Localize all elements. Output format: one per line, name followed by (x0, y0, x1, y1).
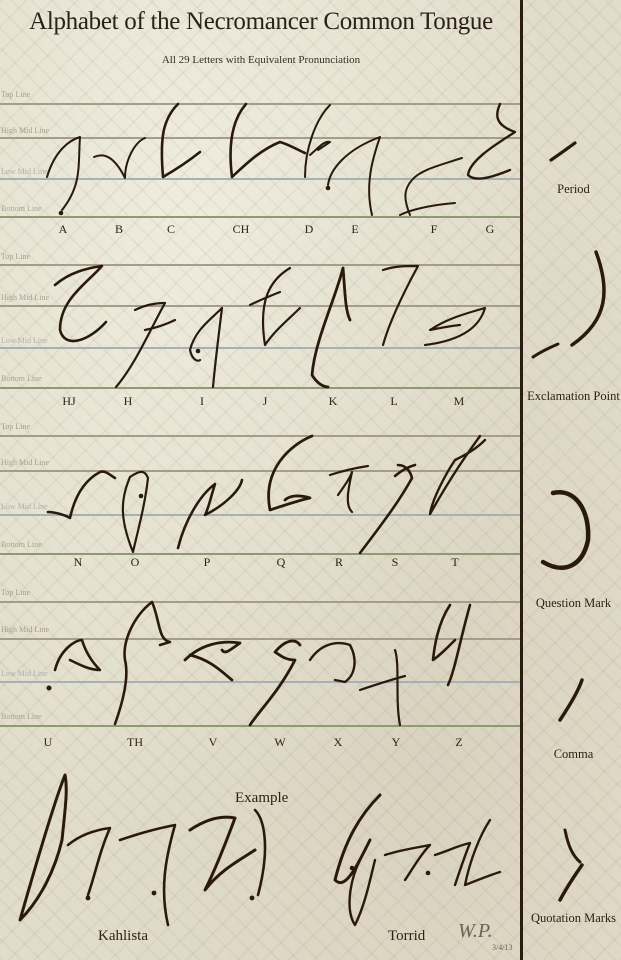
letter-label: C (167, 222, 175, 237)
letter-label: CH (233, 222, 250, 237)
letter-label: TH (127, 735, 143, 750)
glyph-strokes (0, 0, 621, 960)
guide-label-top: Top Line (1, 90, 30, 99)
punctuation-label-comma: Comma (526, 745, 621, 763)
guide-high-mid-line (0, 137, 520, 139)
guide-label-bottom: Bottom Line (1, 712, 42, 721)
example-word-kahlista: Kahlista (98, 928, 148, 945)
punctuation-glyphs (533, 143, 604, 900)
letter-label: H (124, 394, 133, 409)
guide-top-line (0, 435, 520, 437)
letter-label: U (44, 735, 53, 750)
punctuation-label-question: Question Mark (526, 594, 621, 612)
letter-label: K (329, 394, 338, 409)
guide-high-mid-line (0, 470, 520, 472)
guide-label-high-mid: High Mid Line (1, 293, 49, 302)
artist-signature: W.P. (458, 920, 492, 943)
guide-label-bottom: Bottom Line (1, 204, 42, 213)
row-2-glyphs (55, 266, 485, 387)
letter-label: T (451, 555, 458, 570)
guide-label-top: Top Line (1, 588, 30, 597)
letter-label: W (274, 735, 285, 750)
letter-label: E (351, 222, 358, 237)
guide-bottom-line (0, 387, 520, 389)
guide-low-mid-line (0, 347, 520, 349)
guide-label-high-mid: High Mid Line (1, 126, 49, 135)
letter-label: M (454, 394, 465, 409)
letter-label: S (392, 555, 399, 570)
guide-high-mid-line (0, 305, 520, 307)
letter-label: B (115, 222, 123, 237)
letter-label: R (335, 555, 343, 570)
example-word-torrid: Torrid (388, 928, 425, 945)
guide-label-bottom: Bottom Line (1, 374, 42, 383)
letter-label: D (305, 222, 314, 237)
letter-label: A (59, 222, 68, 237)
guide-label-low-mid: Low Mid Line (1, 502, 48, 511)
letter-label: G (486, 222, 495, 237)
example-torrid-glyphs (335, 795, 500, 925)
page-subtitle: All 29 Letters with Equivalent Pronuncia… (0, 54, 522, 66)
letter-label: X (334, 735, 343, 750)
letter-label: P (204, 555, 211, 570)
punctuation-label-exclamation: Exclamation Point (526, 387, 621, 405)
guide-high-mid-line (0, 638, 520, 640)
guide-bottom-line (0, 725, 520, 727)
guide-label-top: Top Line (1, 252, 30, 261)
guide-low-mid-line (0, 514, 520, 516)
example-kahlista-glyphs (20, 775, 265, 925)
punctuation-label-quotation: Quotation Marks (526, 909, 621, 927)
letter-label: I (200, 394, 204, 409)
row-3-glyphs (48, 436, 485, 553)
guide-bottom-line (0, 216, 520, 218)
letter-label: O (131, 555, 140, 570)
letter-label: N (74, 555, 83, 570)
guide-label-low-mid: Low Mid Line (1, 167, 48, 176)
guide-top-line (0, 103, 520, 105)
column-divider (520, 0, 523, 960)
letter-label: Q (277, 555, 286, 570)
signature-date: 3/4/13 (492, 943, 512, 952)
guide-top-line (0, 264, 520, 266)
letter-label: L (390, 394, 397, 409)
guide-low-mid-line (0, 178, 520, 180)
guide-label-bottom: Bottom Line (1, 540, 42, 549)
row-4-glyphs (47, 602, 471, 725)
letter-label: V (209, 735, 218, 750)
letter-label: J (263, 394, 268, 409)
guide-label-high-mid: High Mid Line (1, 625, 49, 634)
guide-label-low-mid: Low Mid Line (1, 336, 48, 345)
row-1-glyphs (47, 104, 515, 215)
guide-label-high-mid: High Mid Line (1, 458, 49, 467)
guide-label-low-mid: Low Mid Line (1, 669, 48, 678)
letter-label: Y (392, 735, 401, 750)
guide-top-line (0, 601, 520, 603)
guide-label-top: Top Line (1, 422, 30, 431)
example-heading: Example (235, 790, 288, 807)
letter-label: F (431, 222, 438, 237)
guide-low-mid-line (0, 681, 520, 683)
letter-label: HJ (62, 394, 75, 409)
page-title: Alphabet of the Necromancer Common Tongu… (0, 8, 522, 36)
punctuation-label-period: Period (526, 180, 621, 198)
letter-label: Z (455, 735, 462, 750)
